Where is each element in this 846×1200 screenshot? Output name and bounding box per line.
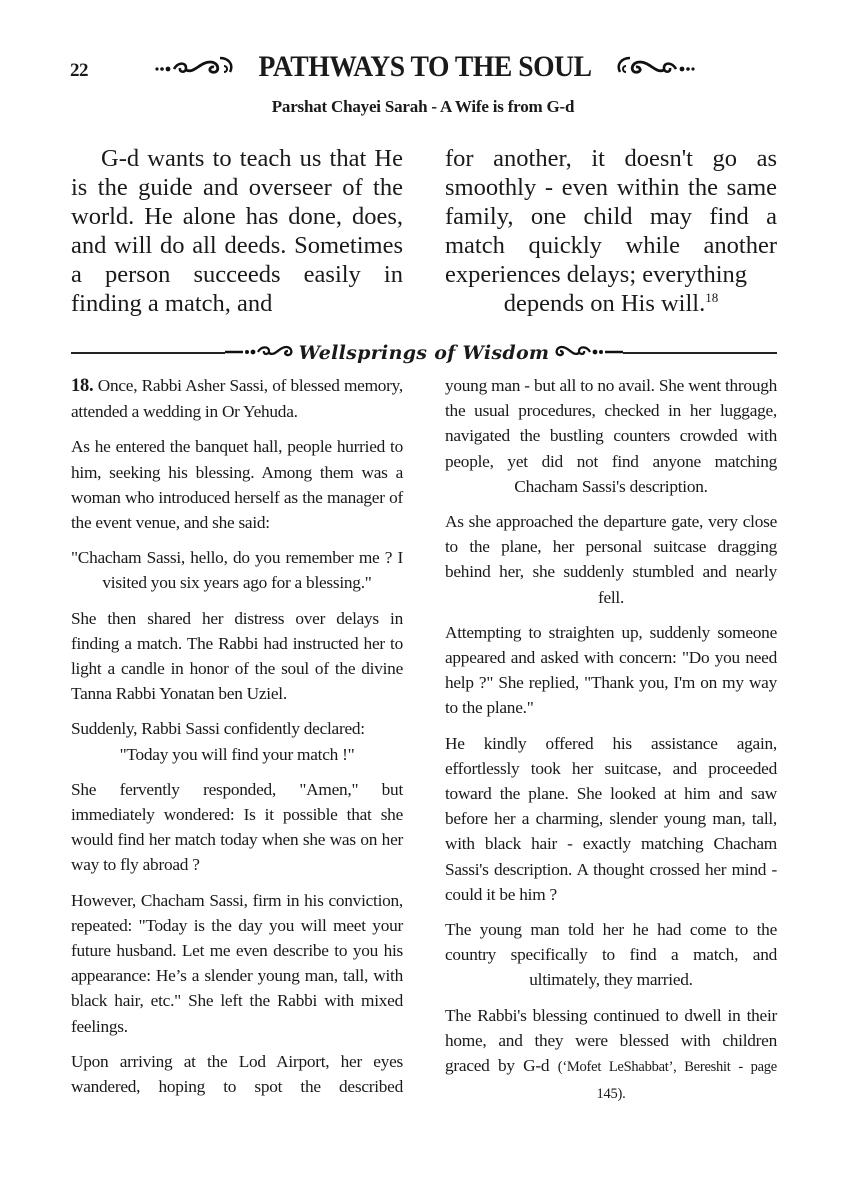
divider-ornament-right-icon [553,341,623,366]
story-paragraph: As she approached the departure gate, ve… [445,509,777,610]
intro-paragraph-left: G-d wants to teach us that He is the gui… [71,144,403,318]
story-paragraph: He kindly offered his assistance again, … [445,731,777,907]
story-paragraph: She then shared her distress over delays… [71,606,403,707]
story-paragraph: young man - but all to no avail. She wen… [445,373,777,499]
story-paragraph: However, Chacham Sassi, firm in his conv… [71,888,403,1039]
chapter-subtitle: Parshat Chayei Sarah - A Wife is from G-… [0,97,846,117]
section-title: Wellsprings of Wisdom [295,342,554,364]
intro-left-column: G-d wants to teach us that He is the gui… [71,144,403,318]
story-left-column: 18. Once, Rabbi Asher Sassi, of blessed … [71,373,403,1117]
story-paragraph: Suddenly, Rabbi Sassi confidently declar… [71,716,403,741]
intro-text: G-d wants to teach us that He is the gui… [71,144,777,318]
story-paragraph: She fervently responded, "Amen," but imm… [71,777,403,878]
footnote-reference: 18 [705,290,718,305]
page-number: 22 [70,60,88,82]
story-paragraph-text: Once, Rabbi Asher Sassi, of blessed memo… [71,376,403,421]
story-paragraph: Attempting to straighten up, suddenly so… [445,620,777,721]
running-title-text: PATHWAYS TO THE SOUL [258,50,591,84]
divider-ornament-left-icon [225,341,295,366]
story-paragraph: 18. Once, Rabbi Asher Sassi, of blessed … [71,373,403,424]
source-citation: (‘Mofet LeShabbat’, Bereshit - page 145)… [558,1059,777,1102]
section-divider: Wellsprings of Wisdom [71,338,777,368]
story-body: 18. Once, Rabbi Asher Sassi, of blessed … [71,373,777,1117]
story-right-column: young man - but all to no avail. She wen… [445,373,777,1117]
story-paragraph: The young man told her he had come to th… [445,917,777,993]
intro-paragraph-right: for another, it doesn't go as smoothly -… [445,144,777,289]
story-paragraph: The Rabbi's blessing continued to dwell … [445,1003,777,1108]
divider-rule-left [71,352,225,354]
story-paragraph: "Chacham Sassi, hello, do you remember m… [71,545,403,595]
story-number: 18. [71,376,93,396]
intro-last-line: depends on His will.18 [445,289,777,318]
divider-rule-right [623,352,777,354]
intro-right-column: for another, it doesn't go as smoothly -… [445,144,777,318]
intro-last-line-text: depends on His will. [504,290,705,317]
running-title: PATHWAYS TO THE SOUL [135,50,715,84]
story-paragraph: Upon arriving at the Lod Airport, her ey… [71,1049,403,1099]
story-quote: "Today you will find your match !" [71,742,403,767]
scroll-flourish-left-icon [154,52,244,83]
story-paragraph: As he entered the banquet hall, people h… [71,434,403,535]
scroll-flourish-right-icon [606,52,696,83]
